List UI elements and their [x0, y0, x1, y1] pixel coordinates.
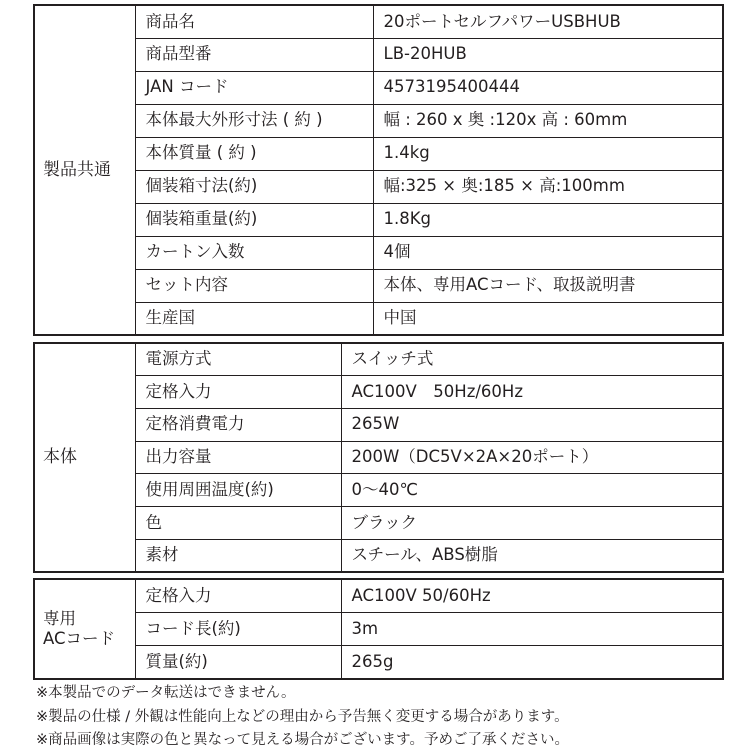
- table-row: 質量(約) 265g: [34, 646, 723, 679]
- row-label: コード長(約): [135, 612, 341, 645]
- row-label: 本体最大外形寸法 ( 約 ): [135, 104, 373, 137]
- row-value: AC100V 50Hz/60Hz: [341, 376, 723, 409]
- row-value: 20ポートセルフパワーUSBHUB: [373, 5, 723, 38]
- table-row: 専用 ACコード 定格入力 AC100V 50/60Hz: [34, 579, 723, 612]
- table-row: 商品型番 LB-20HUB: [34, 38, 723, 71]
- group-label-ac-cord: 専用 ACコード: [34, 579, 135, 679]
- table-row: 個装箱寸法(約) 幅:325 × 奥:185 × 高:100mm: [34, 170, 723, 203]
- row-value: スイッチ式: [341, 343, 723, 376]
- row-label: セット内容: [135, 269, 373, 302]
- row-value: スチール、ABS樹脂: [341, 539, 723, 572]
- note-spec-change: ※製品の仕様 / 外観は性能向上などの理由から予告無く変更する場合があります。: [36, 706, 736, 730]
- table-row: 素材 スチール、ABS樹脂: [34, 539, 723, 572]
- row-label: 定格入力: [135, 579, 341, 612]
- row-value: AC100V 50/60Hz: [341, 579, 723, 612]
- table-row: 出力容量 200W（DC5V×2A×20ポート）: [34, 441, 723, 474]
- row-value: 265W: [341, 408, 723, 441]
- row-label: 本体質量 ( 約 ): [135, 137, 373, 170]
- table-row: 本体質量 ( 約 ) 1.4kg: [34, 137, 723, 170]
- table-row: カートン入数 4個: [34, 236, 723, 269]
- table-row: 本体最大外形寸法 ( 約 ) 幅 : 260 x 奥 :120x 高 : 60m…: [34, 104, 723, 137]
- row-label: 商品名: [135, 5, 373, 38]
- notes: ※本製品でのデータ転送はできません。 ※製品の仕様 / 外観は性能向上などの理由…: [36, 682, 736, 750]
- row-label: 商品型番: [135, 38, 373, 71]
- row-value: 本体、専用ACコード、取扱説明書: [373, 269, 723, 302]
- row-value: 0〜40℃: [341, 474, 723, 507]
- table-row: 色 ブラック: [34, 506, 723, 539]
- table-row: JAN コード 4573195400444: [34, 71, 723, 104]
- row-label: 個装箱重量(約): [135, 203, 373, 236]
- row-value: 1.4kg: [373, 137, 723, 170]
- table-row: 使用周囲温度(約) 0〜40℃: [34, 474, 723, 507]
- row-label: 定格入力: [135, 376, 341, 409]
- row-label: JAN コード: [135, 71, 373, 104]
- group-label-line2: ACコード: [43, 629, 135, 649]
- row-label: 電源方式: [135, 343, 341, 376]
- row-label: 出力容量: [135, 441, 341, 474]
- table-row: 定格消費電力 265W: [34, 408, 723, 441]
- row-label: カートン入数: [135, 236, 373, 269]
- table-row: 生産国 中国: [34, 302, 723, 335]
- table-row: セット内容 本体、専用ACコード、取扱説明書: [34, 269, 723, 302]
- row-label: 使用周囲温度(約): [135, 474, 341, 507]
- row-value: 4個: [373, 236, 723, 269]
- row-label: 素材: [135, 539, 341, 572]
- spec-table-ac-cord: 専用 ACコード 定格入力 AC100V 50/60Hz コード長(約) 3m …: [33, 578, 724, 680]
- row-label: 個装箱寸法(約): [135, 170, 373, 203]
- row-value: 幅:325 × 奥:185 × 高:100mm: [373, 170, 723, 203]
- table-row: 個装箱重量(約) 1.8Kg: [34, 203, 723, 236]
- table-row: 本体 電源方式 スイッチ式: [34, 343, 723, 376]
- table-row: 製品共通 商品名 20ポートセルフパワーUSBHUB: [34, 5, 723, 38]
- row-value: LB-20HUB: [373, 38, 723, 71]
- row-value: 1.8Kg: [373, 203, 723, 236]
- row-value: 中国: [373, 302, 723, 335]
- row-label: 色: [135, 506, 341, 539]
- row-value: 4573195400444: [373, 71, 723, 104]
- row-value: 200W（DC5V×2A×20ポート）: [341, 441, 723, 474]
- group-label-common: 製品共通: [34, 5, 135, 335]
- note-data-transfer: ※本製品でのデータ転送はできません。: [36, 682, 736, 706]
- row-value: 265g: [341, 646, 723, 679]
- spec-table-body: 本体 電源方式 スイッチ式 定格入力 AC100V 50Hz/60Hz 定格消費…: [33, 342, 724, 573]
- row-label: 定格消費電力: [135, 408, 341, 441]
- note-image-color: ※商品画像は実際の色と異なって見える場合がございます。予めご了承ください。: [36, 729, 736, 750]
- table-row: 定格入力 AC100V 50Hz/60Hz: [34, 376, 723, 409]
- table-row: コード長(約) 3m: [34, 612, 723, 645]
- group-label-line1: 専用: [43, 609, 135, 629]
- row-value: ブラック: [341, 506, 723, 539]
- row-value: 幅 : 260 x 奥 :120x 高 : 60mm: [373, 104, 723, 137]
- row-label: 生産国: [135, 302, 373, 335]
- row-value: 3m: [341, 612, 723, 645]
- row-label: 質量(約): [135, 646, 341, 679]
- group-label-body: 本体: [34, 343, 135, 572]
- spec-table-common: 製品共通 商品名 20ポートセルフパワーUSBHUB 商品型番 LB-20HUB…: [33, 4, 724, 336]
